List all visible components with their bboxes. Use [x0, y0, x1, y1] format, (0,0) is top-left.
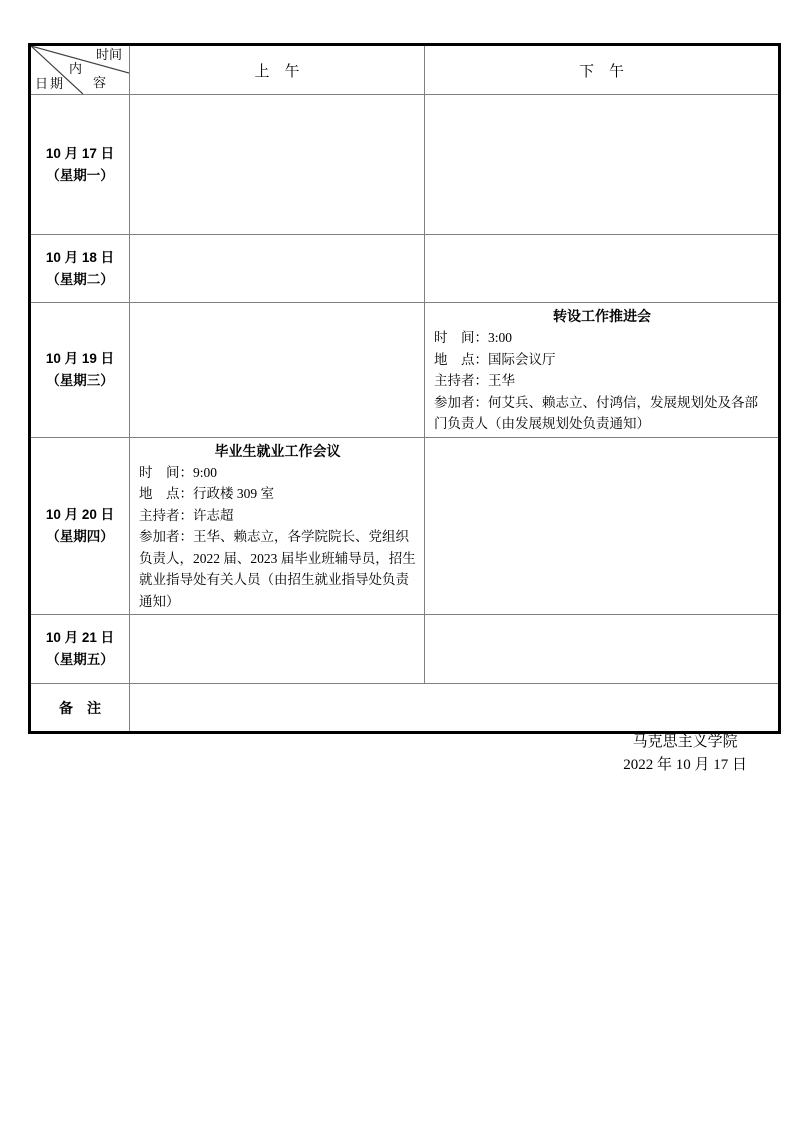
row-oct-21: 10 月 21 日 （星期五） — [30, 615, 780, 684]
row-oct-20: 10 月 20 日 （星期四） 毕业生就业工作会议 时 间：9:00 地 点：行… — [30, 437, 780, 615]
weekly-schedule-table: 时间 内 容 日期 上 午 下 午 10 月 17 日 （星期一） 10 月 1… — [28, 43, 781, 734]
morning-cell-oct-21 — [130, 615, 425, 684]
afternoon-cell-oct-18 — [425, 235, 780, 303]
date-text: 10 月 17 日 — [31, 143, 129, 165]
meeting-title: 转设工作推进会 — [434, 306, 770, 327]
meeting-graduate-employment: 毕业生就业工作会议 时 间：9:00 地 点：行政楼 309 室 主持者：许志超… — [130, 438, 424, 615]
date-text: 10 月 20 日 — [31, 504, 129, 526]
weekday-text: （星期三） — [31, 370, 129, 392]
meeting-participants: 参加者：王华、赖志立，各学院院长、党组织负责人，2022 届、2023 届毕业班… — [139, 526, 416, 612]
signature-block: 马克思主义学院 2022 年 10 月 17 日 — [623, 731, 747, 777]
meeting-transition-promotion: 转设工作推进会 时 间：3:00 地 点：国际会议厅 主持者：王华 参加者：何艾… — [425, 303, 778, 437]
weekday-text: （星期四） — [31, 526, 129, 548]
morning-cell-oct-17 — [130, 95, 425, 235]
afternoon-cell-oct-20 — [425, 437, 780, 615]
remark-label-cell: 备 注 — [30, 684, 130, 733]
date-cell-oct-19: 10 月 19 日 （星期三） — [30, 303, 130, 438]
date-cell-oct-17: 10 月 17 日 （星期一） — [30, 95, 130, 235]
row-remark: 备 注 — [30, 684, 780, 733]
date-text: 10 月 19 日 — [31, 348, 129, 370]
organization-name: 马克思主义学院 — [623, 731, 747, 754]
corner-content-label-top: 内 — [69, 62, 82, 76]
weekday-text: （星期一） — [31, 165, 129, 187]
morning-cell-oct-19 — [130, 303, 425, 438]
corner-date-label: 日期 — [35, 77, 65, 91]
date-cell-oct-21: 10 月 21 日 （星期五） — [30, 615, 130, 684]
meeting-place: 地 点：国际会议厅 — [434, 349, 770, 371]
row-oct-18: 10 月 18 日 （星期二） — [30, 235, 780, 303]
date-text: 10 月 18 日 — [31, 247, 129, 269]
weekday-text: （星期二） — [31, 269, 129, 291]
remark-content-cell — [130, 684, 780, 733]
corner-time-label: 时间 — [96, 48, 122, 62]
meeting-place: 地 点：行政楼 309 室 — [139, 483, 416, 505]
morning-cell-oct-18 — [130, 235, 425, 303]
afternoon-cell-oct-21 — [425, 615, 780, 684]
date-cell-oct-20: 10 月 20 日 （星期四） — [30, 437, 130, 615]
meeting-host: 主持者：许志超 — [139, 505, 416, 527]
row-oct-17: 10 月 17 日 （星期一） — [30, 95, 780, 235]
row-oct-19: 10 月 19 日 （星期三） 转设工作推进会 时 间：3:00 地 点：国际会… — [30, 303, 780, 438]
date-text: 10 月 21 日 — [31, 627, 129, 649]
header-row: 时间 内 容 日期 上 午 下 午 — [30, 45, 780, 95]
corner-header-cell: 时间 内 容 日期 — [30, 45, 130, 95]
meeting-time: 时 间：3:00 — [434, 327, 770, 349]
meeting-title: 毕业生就业工作会议 — [139, 441, 416, 462]
afternoon-cell-oct-17 — [425, 95, 780, 235]
document-date: 2022 年 10 月 17 日 — [623, 754, 747, 777]
date-cell-oct-18: 10 月 18 日 （星期二） — [30, 235, 130, 303]
meeting-time: 时 间：9:00 — [139, 462, 416, 484]
meeting-participants: 参加者：何艾兵、赖志立、付鸿信，发展规划处及各部门负责人（由发展规划处负责通知） — [434, 392, 770, 435]
column-header-morning: 上 午 — [130, 45, 425, 95]
document-page: 时间 内 容 日期 上 午 下 午 10 月 17 日 （星期一） 10 月 1… — [0, 0, 799, 1131]
corner-content-label-bottom: 容 — [93, 76, 106, 90]
weekday-text: （星期五） — [31, 649, 129, 671]
column-header-afternoon: 下 午 — [425, 45, 780, 95]
meeting-host: 主持者：王华 — [434, 370, 770, 392]
morning-cell-oct-20: 毕业生就业工作会议 时 间：9:00 地 点：行政楼 309 室 主持者：许志超… — [130, 437, 425, 615]
afternoon-cell-oct-19: 转设工作推进会 时 间：3:00 地 点：国际会议厅 主持者：王华 参加者：何艾… — [425, 303, 780, 438]
